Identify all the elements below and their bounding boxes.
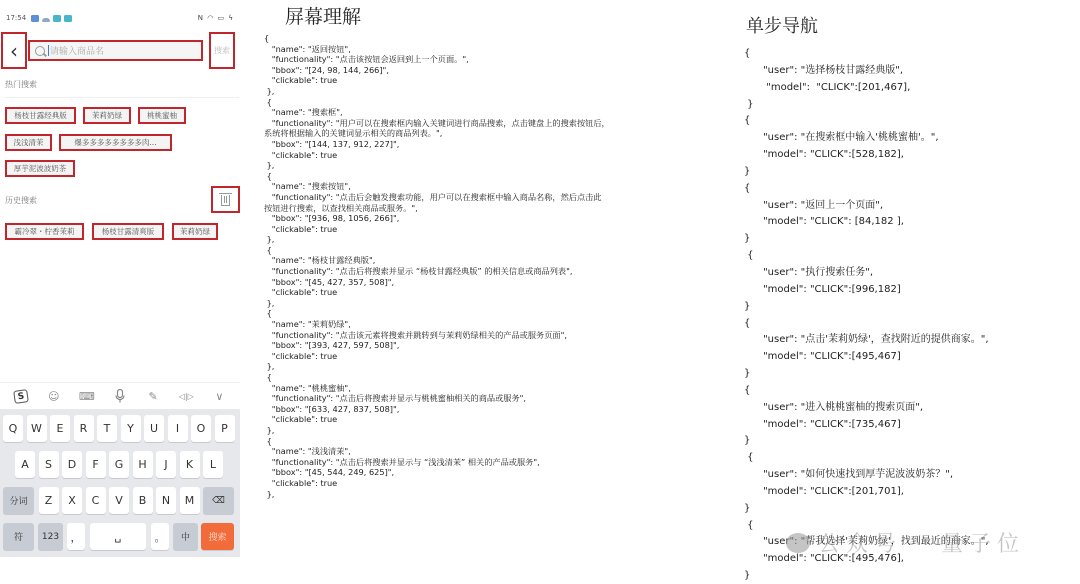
hot-tag[interactable]: 茉莉奶绿 (83, 107, 131, 124)
key-s[interactable]: S (39, 451, 59, 478)
key-r[interactable]: R (74, 415, 94, 442)
key-v[interactable]: V (109, 487, 129, 514)
key-u[interactable]: U (144, 415, 164, 442)
screen-understanding-json: { "name": "返回按钮", "functionality": "点击该按… (264, 33, 610, 499)
microphone-icon (115, 389, 125, 403)
key-l[interactable]: L (203, 451, 223, 478)
keyboard-icon[interactable]: ⌨ (79, 388, 95, 404)
chevron-left-icon: ‹ (10, 39, 18, 63)
watermark: 公众号 · 量子位 (786, 527, 1025, 558)
sogou-icon[interactable]: S (13, 388, 29, 404)
hot-search-label: 热门搜索 (5, 79, 37, 90)
status-bar: 17:54 N ◠ ▭ ϟ (4, 14, 238, 26)
microphone-icon[interactable] (112, 388, 128, 404)
key-k[interactable]: K (180, 451, 200, 478)
key-e[interactable]: E (50, 415, 70, 442)
search-placeholder: 请输入商品名 (50, 44, 104, 57)
back-button[interactable]: ‹ (1, 32, 27, 69)
key-j[interactable]: J (156, 451, 176, 478)
status-time: 17:54 (6, 14, 26, 22)
trash-icon (221, 195, 230, 206)
phone-screenshot: 17:54 N ◠ ▭ ϟ ‹ 请输入商品名 搜索 热门搜索 杨枝甘露经典版 茉… (0, 0, 245, 584)
watermark-text: 公众号 · 量子位 (818, 527, 1025, 558)
backspace-icon: ⌫ (212, 496, 225, 506)
key-q[interactable]: Q (3, 415, 23, 442)
keyboard: Q W E R T Y U I O P A S D F G H J K L 分词… (0, 409, 240, 557)
key-m[interactable]: M (180, 487, 200, 514)
app-notification-icon (31, 15, 39, 22)
key-segment[interactable]: 分词 (3, 487, 34, 514)
key-numbers[interactable]: 123 (38, 523, 63, 550)
key-a[interactable]: A (15, 451, 35, 478)
emoji-icon[interactable]: ☺ (46, 388, 62, 404)
key-c[interactable]: C (86, 487, 106, 514)
key-y[interactable]: Y (121, 415, 141, 442)
app-notification-icon (53, 15, 61, 22)
single-step-navigation-json: { "user": "选择杨枝甘露经典版", "model": "CLICK":… (744, 46, 989, 584)
keyboard-toolbar: S ☺ ⌨ ✎ ◁|▷ ∨ (0, 382, 240, 409)
text-caret (48, 45, 49, 56)
divider (5, 97, 239, 98)
key-period[interactable]: 。 (151, 523, 169, 550)
history-tag[interactable]: 霸冷翠・柠香茉莉 (5, 223, 84, 240)
history-tag[interactable]: 杨枝甘露清爽版 (92, 223, 164, 240)
key-i[interactable]: I (168, 415, 188, 442)
key-d[interactable]: D (62, 451, 82, 478)
hot-tag[interactable]: 桃桃蜜柚 (138, 107, 186, 124)
history-search-label: 历史搜索 (5, 195, 37, 206)
key-x[interactable]: X (62, 487, 82, 514)
search-icon (35, 46, 45, 56)
key-o[interactable]: O (191, 415, 211, 442)
key-search[interactable]: 搜索 (201, 523, 234, 550)
key-n[interactable]: N (156, 487, 176, 514)
wechat-icon (786, 533, 810, 553)
key-f[interactable]: F (86, 451, 106, 478)
cloud-icon (42, 18, 50, 22)
key-w[interactable]: W (27, 415, 47, 442)
key-comma[interactable]: ， (67, 523, 85, 550)
collapse-icon[interactable]: ∨ (211, 388, 227, 404)
handwriting-icon[interactable]: ✎ (145, 388, 161, 404)
key-space[interactable]: ␣ (90, 523, 146, 550)
system-status-icons: N ◠ ▭ ϟ (198, 14, 234, 22)
key-g[interactable]: G (109, 451, 129, 478)
key-z[interactable]: Z (39, 487, 59, 514)
app-notification-icon (64, 15, 72, 22)
cursor-move-icon[interactable]: ◁|▷ (178, 388, 194, 404)
history-tag[interactable]: 茉莉奶绿 (172, 223, 218, 240)
key-t[interactable]: T (97, 415, 117, 442)
key-b[interactable]: B (133, 487, 153, 514)
key-h[interactable]: H (133, 451, 153, 478)
hot-tag[interactable]: 杨枝甘露经典版 (5, 107, 76, 124)
search-button-label: 搜索 (214, 45, 230, 56)
search-input[interactable]: 请输入商品名 (28, 40, 203, 61)
hot-tag[interactable]: 浅浅清茉 (5, 134, 52, 151)
notification-icons (31, 15, 72, 22)
screen-understanding-title: 屏幕理解 (285, 2, 361, 29)
key-p[interactable]: P (215, 415, 235, 442)
key-backspace[interactable]: ⌫ (203, 487, 234, 514)
hot-tag[interactable]: 厚芋泥波波奶茶 (5, 160, 75, 177)
single-step-navigation-title: 单步导航 (746, 12, 818, 38)
search-button[interactable]: 搜索 (209, 32, 235, 69)
key-chinese-english-toggle[interactable]: 中 (173, 523, 198, 550)
clear-history-button[interactable] (211, 186, 240, 213)
hot-tag[interactable]: 爆多多多多多多多多肉... (59, 134, 172, 151)
key-symbols[interactable]: 符 (3, 523, 34, 550)
